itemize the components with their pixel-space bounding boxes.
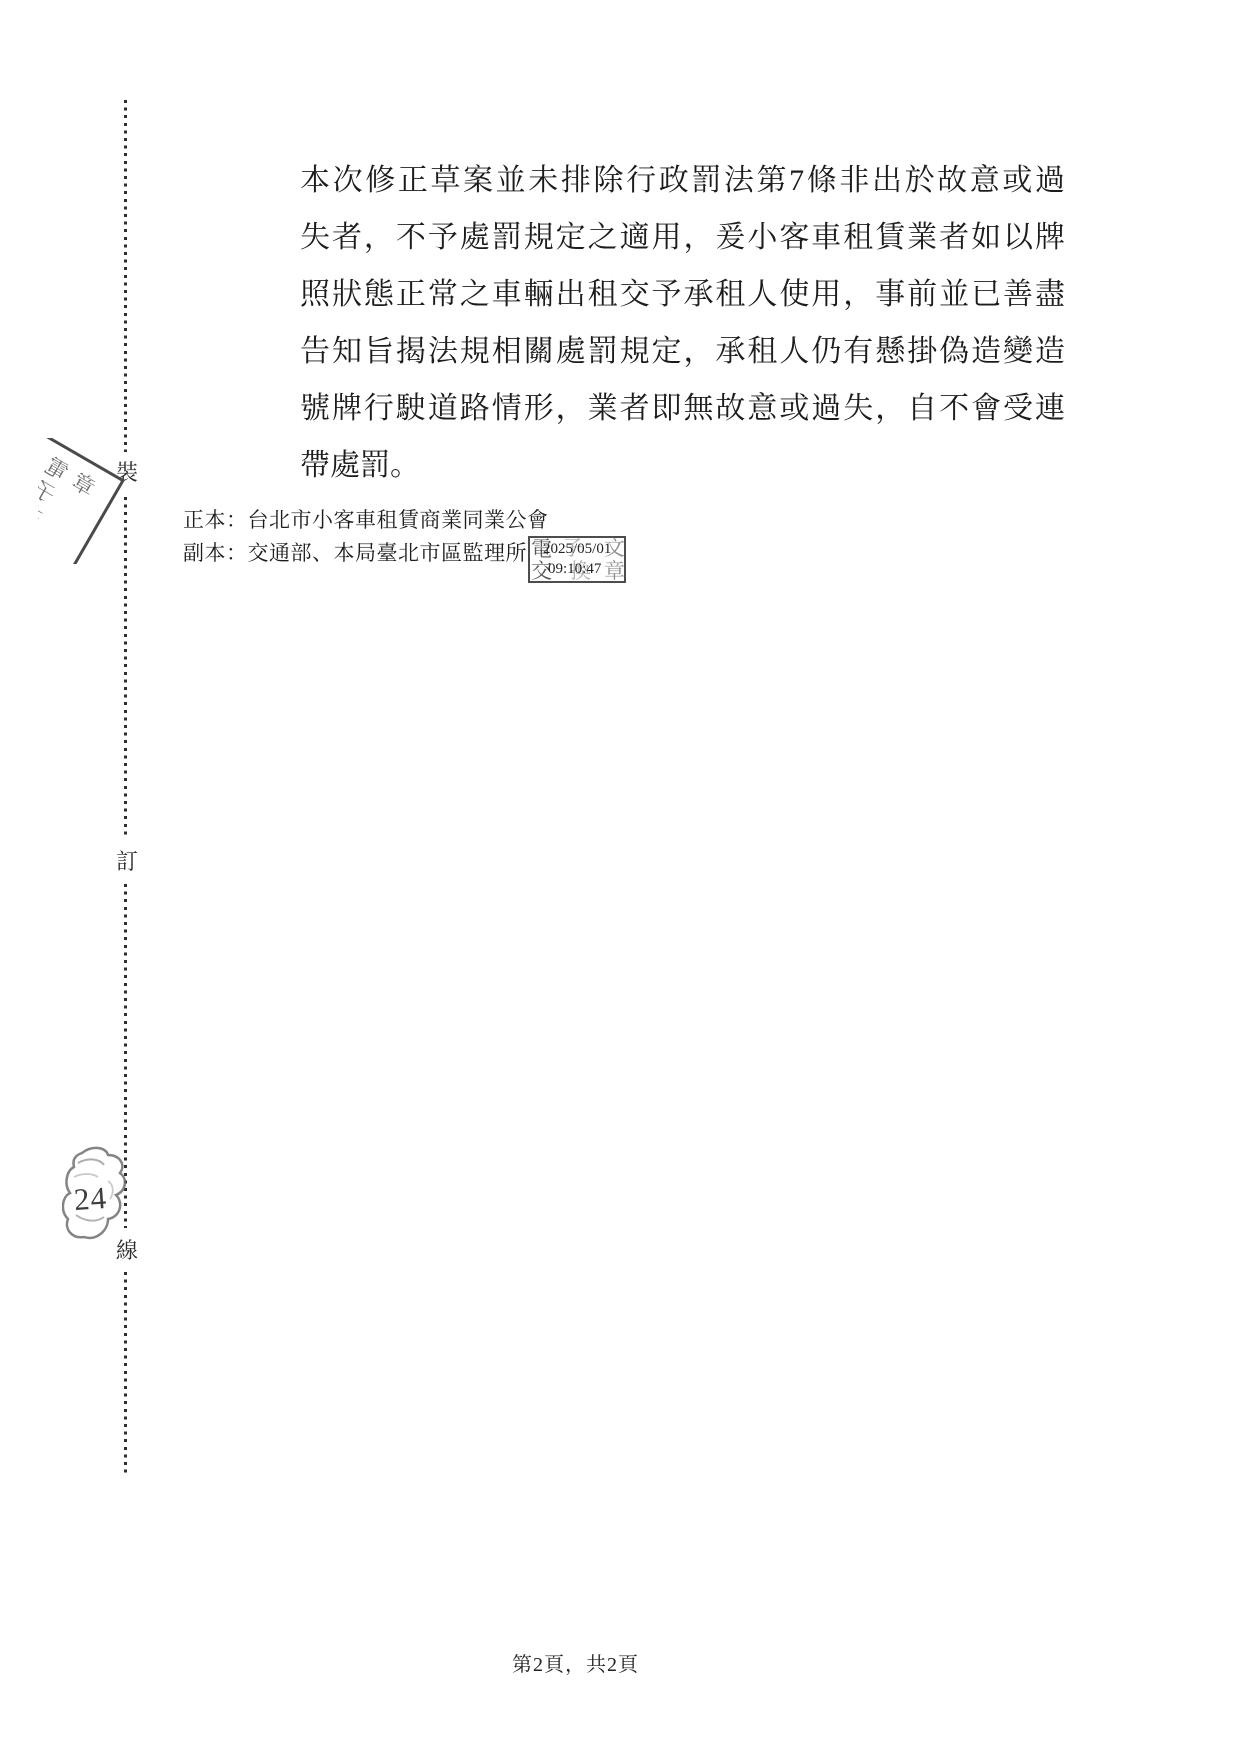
binding-dotted-line-segment-1	[124, 100, 127, 452]
binding-dotted-line-segment-4	[124, 1272, 127, 1477]
paragraph-line: 失者，不予處罰規定之適用，爰小客車租賃業者如以牌	[300, 209, 1065, 266]
recipient-copy-label: 副本：	[183, 541, 248, 565]
recipient-original-value: 台北市小客車租賃商業同業公會	[248, 508, 549, 532]
electronic-exchange-stamp: 電 子 文 交 換 章 2025/05/01 09:10:47	[528, 536, 626, 583]
recipients-block: 正本：台北市小客車租賃商業同業公會 副本：交通部、本局臺北市區監理所	[183, 504, 549, 570]
paragraph-line: 告知旨揭法規相關處罰規定，承租人仍有懸掛偽造變造	[300, 323, 1065, 380]
recipient-copy-value: 交通部、本局臺北市區監理所	[248, 541, 528, 565]
stamp-watermark-char: 章	[604, 561, 625, 582]
number-blob-stamp: 24	[62, 1143, 126, 1247]
paragraph-line: 照狀態正常之車輛出租交予承租人使用，事前並已善盡	[300, 266, 1065, 323]
binding-label-ding: 訂	[114, 849, 140, 875]
rotated-stamp-text: 電子交換章	[38, 452, 104, 564]
rotated-ink-stamp-artifact: 電子交換章	[38, 438, 135, 564]
stamp-time: 09:10:47	[548, 559, 601, 580]
paragraph-line: 本次修正草案並未排除行政罰法第7條非出於故意或過	[300, 152, 1065, 209]
recipient-original-line: 正本：台北市小客車租賃商業同業公會	[183, 504, 549, 537]
body-paragraph: 本次修正草案並未排除行政罰法第7條非出於故意或過 失者，不予處罰規定之適用，爰小…	[300, 152, 1065, 494]
stamp-number: 24	[73, 1180, 108, 1218]
rotated-stamp-border: 電子交換章	[38, 438, 125, 564]
recipient-copy-line: 副本：交通部、本局臺北市區監理所	[183, 537, 549, 570]
paragraph-line: 帶處罰。	[300, 437, 1065, 494]
stamp-date: 2025/05/01	[543, 539, 611, 560]
paragraph-line: 號牌行駛道路情形，業者即無故意或過失，自不會受連	[300, 380, 1065, 437]
scanned-document-page: 裝 訂 線 電子交換章 本次修正草案並未排除行政罰法第7條非出於故意或過 失者，…	[0, 0, 1240, 1755]
recipient-original-label: 正本：	[183, 508, 248, 532]
page-footer: 第2頁，共2頁	[512, 1648, 639, 1677]
